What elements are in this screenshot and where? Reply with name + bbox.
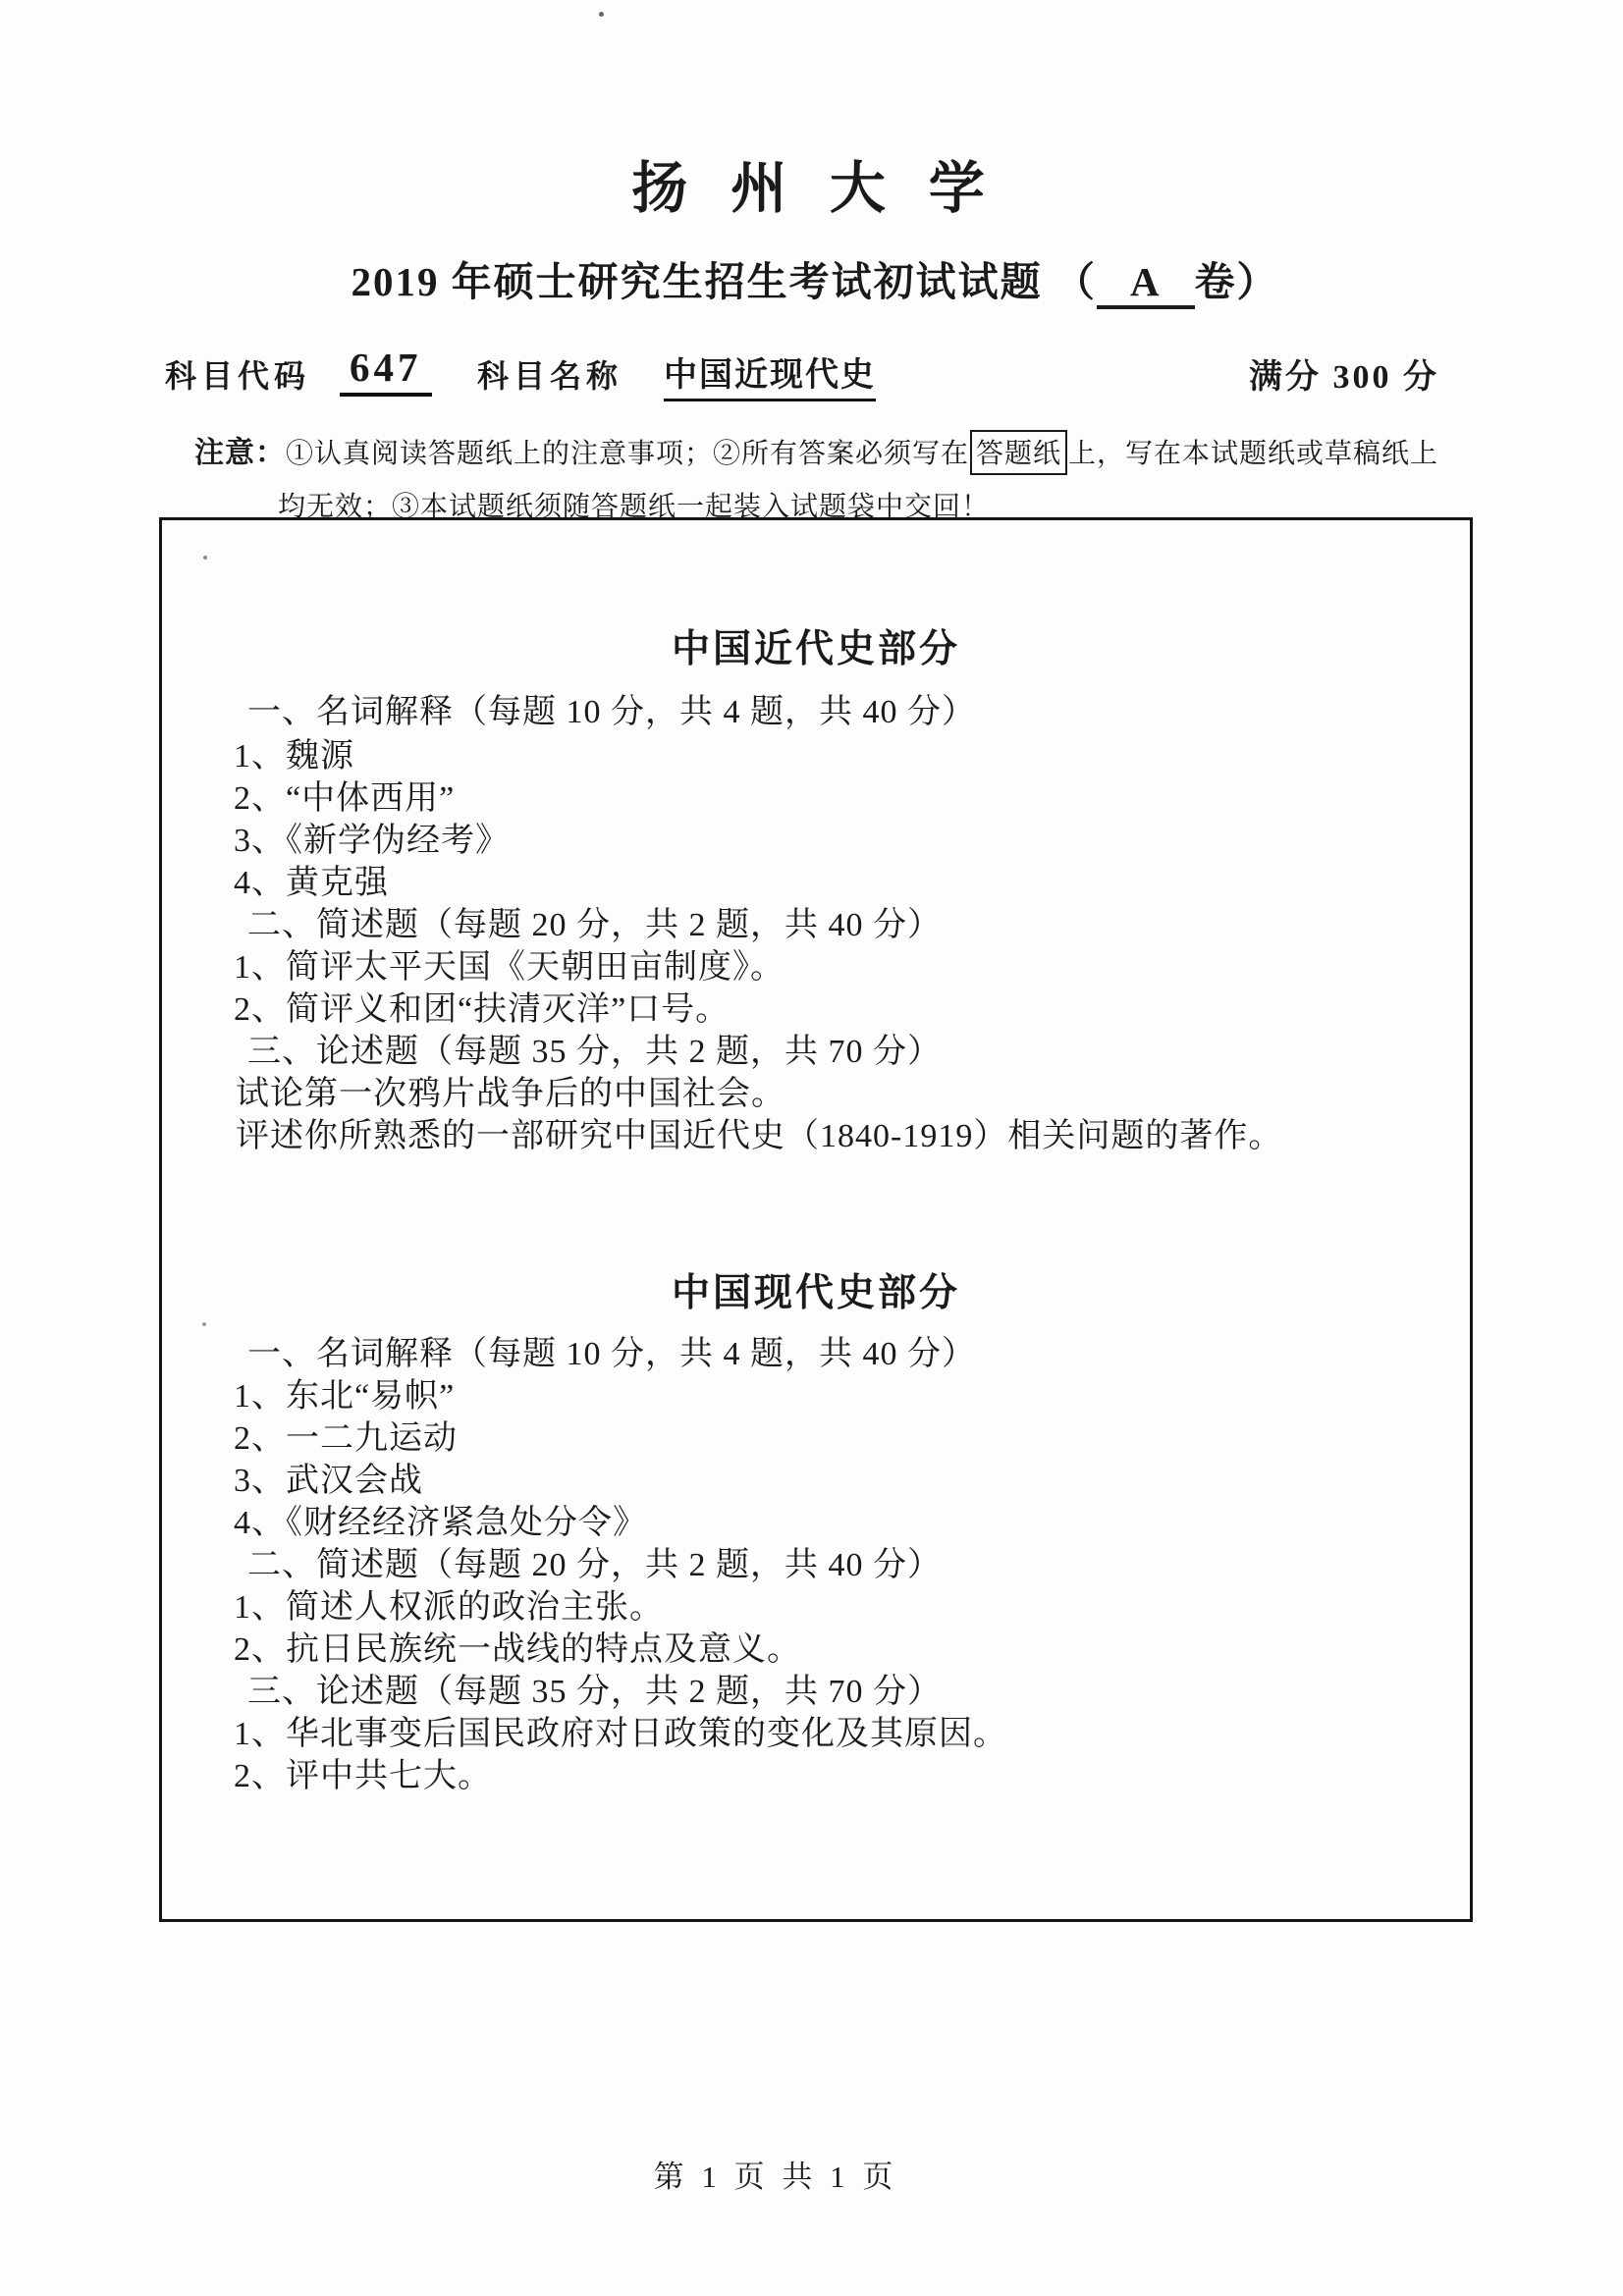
question-line: 1、华北事变后国民政府对日政策的变化及其原因。 — [234, 1715, 1007, 1754]
notice-segment-2: 上，写在本试题纸或草稿纸上 — [1068, 439, 1438, 469]
question-line: 2、一二九运动 — [234, 1419, 458, 1459]
paper-variant: A — [1097, 258, 1195, 309]
notice-label: 注意： — [194, 437, 286, 469]
exam-subtitle-prefix: 2019 年硕士研究生招生考试初试试题 （ — [351, 259, 1097, 304]
scan-speck — [599, 12, 604, 17]
section-title-xiandaishi: 中国现代史部分 — [159, 1262, 1473, 1317]
question-line: 一、名词解释（每题 10 分，共 4 题，共 40 分） — [247, 693, 976, 732]
answer-sheet-boxed-term: 答题纸 — [970, 430, 1067, 475]
question-line: 三、论述题（每题 35 分，共 2 题，共 70 分） — [247, 1033, 942, 1072]
question-line: 二、简述题（每题 20 分，共 2 题，共 40 分） — [247, 906, 942, 945]
question-line: 三、论述题（每题 35 分，共 2 题，共 70 分） — [247, 1673, 942, 1712]
question-line: 3、武汉会战 — [234, 1462, 423, 1501]
question-line: 2、抗日民族统一战线的特点及意义。 — [234, 1630, 801, 1670]
section-title-jindaishi: 中国近代史部分 — [159, 618, 1473, 673]
subject-code-value: 647 — [340, 344, 432, 397]
question-line: 2、简评义和团“扶清灭洋”口号。 — [234, 990, 730, 1030]
exam-subtitle-suffix: 卷） — [1195, 259, 1279, 304]
subject-name-value: 中国近现代史 — [664, 347, 876, 401]
question-line: 2、评中共七大。 — [234, 1757, 492, 1796]
question-line: 评述你所熟悉的一部研究中国近代史（1840-1919）相关问题的著作。 — [236, 1117, 1282, 1156]
question-line: 1、东北“易帜” — [234, 1377, 455, 1416]
question-line: 试论第一次鸦片战争后的中国社会。 — [236, 1075, 785, 1114]
question-line: 1、简述人权派的政治主张。 — [234, 1588, 664, 1628]
notice-segment-1: ①认真阅读答题纸上的注意事项；②所有答案必须写在 — [286, 439, 969, 469]
question-line: 1、简评太平天国《天朝田亩制度》。 — [234, 948, 784, 988]
exam-paper-page: 扬 州 大 学 2019 年硕士研究生招生考试初试试题 （A卷） 科目代码 64… — [0, 0, 1623, 2296]
question-line: 4、《财经经济紧急处分令》 — [234, 1504, 647, 1543]
question-line: 3、《新学伪经考》 — [234, 822, 510, 861]
subject-name-label: 科目名称 — [477, 351, 622, 397]
question-line: 4、黄克强 — [234, 864, 389, 903]
full-score: 满分 300 分 — [1249, 349, 1439, 398]
notice-line-1: 注意：①认真阅读答题纸上的注意事项；②所有答案必须写在答题纸上，写在本试题纸或草… — [194, 428, 1438, 475]
question-line: 1、魏源 — [234, 737, 354, 776]
question-line: 2、“中体西用” — [234, 779, 455, 819]
page-footer: 第 1 页 共 1 页 — [0, 2152, 1551, 2196]
exam-subtitle: 2019 年硕士研究生招生考试初试试题 （A卷） — [0, 249, 1623, 309]
question-line: 一、名词解释（每题 10 分，共 4 题，共 40 分） — [247, 1335, 976, 1374]
question-line: 二、简述题（每题 20 分，共 2 题，共 40 分） — [247, 1546, 942, 1585]
university-title: 扬 州 大 学 — [0, 143, 1623, 224]
subject-code-label: 科目代码 — [165, 351, 310, 397]
